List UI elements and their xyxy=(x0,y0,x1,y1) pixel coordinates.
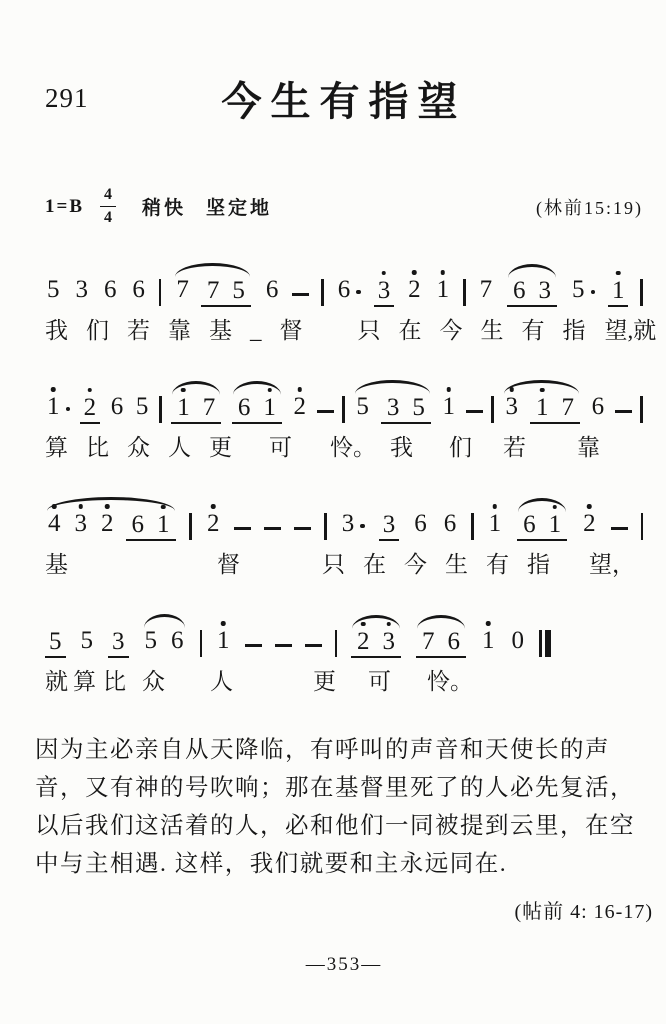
note-digit: 2 xyxy=(581,510,598,541)
note: 3 xyxy=(374,277,395,308)
note: 2 xyxy=(205,510,222,541)
lyric-syllable: _ xyxy=(250,318,262,344)
barline xyxy=(640,279,643,307)
note-digit: 6 xyxy=(169,627,186,658)
octave-dot xyxy=(493,504,498,509)
octave-dot xyxy=(447,387,452,392)
octave-dot xyxy=(211,504,216,509)
note-digit: 1 xyxy=(534,394,551,423)
note-digit: 6 xyxy=(236,394,253,423)
octave-dot xyxy=(79,504,84,509)
lyric-syllable: 算 xyxy=(45,429,68,462)
lyric-syllable: 今 xyxy=(440,312,463,345)
octave-dot xyxy=(297,387,302,392)
note: 7 xyxy=(478,276,495,307)
note: 6 xyxy=(590,393,607,424)
note: 5 xyxy=(570,276,596,307)
barline xyxy=(463,279,466,307)
dash-note xyxy=(292,293,309,307)
note-digit: 5 xyxy=(230,277,247,306)
lyrics-row: 基督只在今生有指望， xyxy=(45,546,643,576)
note-digit: 6 xyxy=(336,276,353,307)
note: 0 xyxy=(510,627,527,658)
barline-mark xyxy=(159,279,162,306)
note-digit: 3 xyxy=(379,511,400,542)
note: 6 xyxy=(521,511,538,540)
lyric-syllable: 就 xyxy=(45,663,68,696)
note-digit: 2 xyxy=(205,510,222,541)
octave-dot xyxy=(387,622,392,627)
title-bar: 291 今生有指望 xyxy=(45,70,643,127)
note-digit: 7 xyxy=(174,276,191,307)
note-digit: 7 xyxy=(420,628,437,657)
final-thick-bar xyxy=(545,630,551,657)
note: 5 xyxy=(79,627,96,658)
dash-mark xyxy=(317,410,334,413)
note: 7 xyxy=(174,276,191,307)
octave-dot xyxy=(221,621,226,626)
dash-mark xyxy=(245,644,262,647)
note-digit: 3 xyxy=(340,510,357,541)
lyric-syllable: 生 xyxy=(445,546,468,579)
scripture-line: 以后我们这活着的人，必和他们一同被提到云里，在空 xyxy=(35,807,643,845)
note-digit: 3 xyxy=(503,393,520,424)
beam-group: 63 xyxy=(507,277,557,308)
scripture-reference-top: (林前15:19) xyxy=(536,194,643,220)
note: 1 xyxy=(435,276,452,307)
time-numerator: 4 xyxy=(100,187,116,207)
barline xyxy=(159,279,162,307)
octave-dot xyxy=(105,504,110,509)
note-digit: 6 xyxy=(521,511,538,540)
octave-dot xyxy=(616,271,621,276)
slur-arc-group: 17 xyxy=(170,394,222,425)
scripture-line: 音，又有神的号吹响；那在基督里死了的人必先复活， xyxy=(35,769,643,807)
page-title: 今生有指望 xyxy=(155,70,533,127)
note-digit: 6 xyxy=(264,276,281,307)
note: 6 xyxy=(236,394,253,423)
note: 3 xyxy=(503,393,520,424)
note-digit: 1 xyxy=(45,393,62,424)
notation-row: 43261233661612 xyxy=(45,488,643,541)
note-digit: 5 xyxy=(79,627,96,658)
note: 1 xyxy=(215,627,232,658)
note: 6 xyxy=(109,393,126,424)
note: 5 xyxy=(45,276,62,307)
note: 6 xyxy=(169,627,186,658)
duration-dot xyxy=(66,407,71,412)
lyric-syllable: 望,就 xyxy=(605,312,657,345)
barline xyxy=(159,396,162,424)
note-digit: 3 xyxy=(385,394,402,423)
note: 1 xyxy=(487,510,504,541)
note-digit: 3 xyxy=(108,628,129,659)
expression-marking: 坚定地 xyxy=(206,193,272,220)
key-signature: 1=B xyxy=(45,196,84,218)
barline xyxy=(335,630,338,658)
note-digit: 6 xyxy=(446,628,463,657)
note-digit: 5 xyxy=(45,628,66,659)
barline-mark xyxy=(324,513,327,540)
note-digit: 6 xyxy=(412,510,429,541)
lyric-syllable: 指 xyxy=(563,312,586,345)
barline xyxy=(640,396,643,424)
note: 1 xyxy=(480,627,497,658)
note-digit: 1 xyxy=(435,276,452,307)
note: 2 xyxy=(99,510,116,541)
octave-dot xyxy=(486,621,491,626)
note: 2 xyxy=(355,628,372,657)
note: 5 xyxy=(230,277,247,306)
note-digit: 2 xyxy=(355,628,372,657)
barline-mark xyxy=(321,279,324,306)
note: 1 xyxy=(45,393,71,424)
octave-dot xyxy=(509,387,514,392)
scripture-paragraph: 因为主必亲自从天降临，有呼叫的声音和天使长的声音，又有神的号吹响；那在基督里死了… xyxy=(35,731,643,883)
barline xyxy=(324,513,327,541)
lyric-syllable: 只 xyxy=(358,312,381,345)
note-digit: 3 xyxy=(73,276,90,307)
music-system-4: 553561237610就算比众人更可怜。 xyxy=(45,605,643,693)
dash-mark xyxy=(264,527,281,530)
note-digit: 4 xyxy=(46,510,63,541)
dash-note xyxy=(264,527,281,541)
note-digit: 7 xyxy=(559,394,576,423)
note-digit: 5 xyxy=(45,276,62,307)
octave-dot xyxy=(587,504,592,509)
note-digit: 6 xyxy=(130,511,147,540)
hymnal-page: 291 今生有指望 1=B 4 4 稍快 坚定地 (林前15:19) 53667… xyxy=(0,0,666,1024)
barline-mark xyxy=(159,396,162,423)
note: 6 xyxy=(511,277,528,306)
music-score: 53667756632176351我们若靠基_督只在今生有指望,就1265176… xyxy=(45,254,643,693)
lyric-syllable: 们 xyxy=(86,312,109,345)
note-digit: 5 xyxy=(134,393,151,424)
barline xyxy=(342,396,345,424)
barline xyxy=(189,513,192,541)
note-digit: 2 xyxy=(99,510,116,541)
note: 2 xyxy=(406,276,423,307)
dash-mark xyxy=(234,527,251,530)
beam-group: 17 xyxy=(171,394,221,425)
lyric-syllable: 们 xyxy=(449,429,472,462)
note-digit: 6 xyxy=(130,276,147,307)
notation-row: 12651761253513176 xyxy=(45,371,643,424)
lyric-syllable: 比 xyxy=(103,663,126,696)
note: 4 xyxy=(46,510,63,541)
lyric-syllable: 督 xyxy=(217,546,240,579)
octave-dot xyxy=(361,622,366,627)
dash-note xyxy=(234,527,251,541)
note-digit: 3 xyxy=(374,277,395,308)
octave-dot xyxy=(88,388,93,393)
lyrics-row: 我们若靠基_督只在今生有指望,就 xyxy=(45,312,643,342)
note-digit: 5 xyxy=(354,393,371,424)
note: 5 xyxy=(354,393,371,424)
note: 3 xyxy=(73,276,90,307)
lyric-syllable: 可 xyxy=(368,663,391,696)
note-digit: 0 xyxy=(510,627,527,658)
octave-dot xyxy=(52,504,57,509)
lyric-syllable: 我 xyxy=(390,429,413,462)
lyric-syllable: 基 xyxy=(45,546,68,579)
lyric-syllable: 在 xyxy=(399,312,422,345)
octave-dot xyxy=(382,271,387,276)
lyric-syllable: 更 xyxy=(209,429,232,462)
barline xyxy=(471,513,474,541)
note: 6 xyxy=(412,510,429,541)
note: 1 xyxy=(441,393,458,424)
note-digit: 3 xyxy=(381,628,398,657)
dash-mark xyxy=(292,293,309,296)
barline-mark xyxy=(471,513,474,540)
note: 3 xyxy=(340,510,366,541)
note: 7 xyxy=(205,277,222,306)
lyric-syllable: 有 xyxy=(486,546,509,579)
lyric-syllable: 众 xyxy=(127,429,150,462)
lyrics-row: 算比众人更可怜。我们若靠 xyxy=(45,429,643,459)
dash-note xyxy=(294,527,311,541)
barline-mark xyxy=(200,630,203,657)
note: 2 xyxy=(80,394,101,425)
note-digit: 6 xyxy=(102,276,119,307)
lyric-syllable: 若 xyxy=(127,312,150,345)
octave-dot xyxy=(412,270,417,275)
note: 5 xyxy=(45,628,66,659)
octave-dot xyxy=(51,387,56,392)
octave-dot xyxy=(181,388,186,393)
octave-dot xyxy=(553,505,558,510)
scripture-line: 中与主相遇. 这样，我们就要和主永远同在. xyxy=(35,845,643,883)
note: 3 xyxy=(108,628,129,659)
lyric-syllable: 指 xyxy=(527,546,550,579)
note-digit: 7 xyxy=(478,276,495,307)
octave-dot xyxy=(441,270,446,275)
slur-arc-group: 61 xyxy=(516,511,568,542)
lyric-syllable: 靠 xyxy=(168,312,191,345)
note: 6 xyxy=(264,276,281,307)
dash-mark xyxy=(294,527,311,530)
note: 3 xyxy=(73,510,90,541)
beam-group: 35 xyxy=(381,394,431,425)
dash-note xyxy=(275,644,292,658)
note-digit: 2 xyxy=(80,394,101,425)
octave-dot xyxy=(267,388,272,393)
tempo-marking: 稍快 xyxy=(142,193,186,220)
note: 3 xyxy=(379,511,400,542)
note-digit: 1 xyxy=(261,394,278,423)
dash-mark xyxy=(305,644,322,647)
note: 3 xyxy=(537,277,554,306)
dash-mark xyxy=(611,527,628,530)
slur-arc-group: 535 xyxy=(353,393,432,424)
barline xyxy=(321,279,324,307)
time-signature: 4 4 xyxy=(100,187,116,226)
note-digit: 6 xyxy=(590,393,607,424)
note: 2 xyxy=(291,393,308,424)
beam-group: 23 xyxy=(351,628,401,659)
beam-group: 61 xyxy=(126,511,176,542)
music-system-2: 12651761253513176算比众人更可怜。我们若靠 xyxy=(45,371,643,459)
lyric-syllable: 在 xyxy=(363,546,386,579)
note-digit: 3 xyxy=(537,277,554,306)
lyric-syllable: 若 xyxy=(503,429,526,462)
page-number: —353— xyxy=(45,954,643,976)
barline-mark xyxy=(640,396,643,423)
note-digit: 5 xyxy=(143,627,160,658)
note: 5 xyxy=(134,393,151,424)
lyric-syllable: 怜。 xyxy=(330,429,376,462)
note-digit: 5 xyxy=(410,394,427,423)
note-digit: 7 xyxy=(205,277,222,306)
note: 7 xyxy=(559,394,576,423)
note: 5 xyxy=(410,394,427,423)
slur-arc-group: 43261 xyxy=(45,510,177,541)
slur-arc-group: 56 xyxy=(142,627,187,658)
slur-arc-group: 63 xyxy=(506,277,558,308)
slur-arc-group: 76 xyxy=(415,628,467,659)
slur-arc-group: 775 xyxy=(173,276,252,307)
beam-group: 17 xyxy=(530,394,580,425)
note: 3 xyxy=(381,628,398,657)
dash-mark xyxy=(275,644,292,647)
note-digit: 7 xyxy=(201,394,218,423)
beam-group: 61 xyxy=(517,511,567,542)
octave-dot xyxy=(161,505,166,510)
lyric-syllable: 望， xyxy=(589,546,635,579)
dash-mark xyxy=(615,410,632,413)
note-digit: 5 xyxy=(570,276,587,307)
note-digit: 1 xyxy=(608,277,629,308)
octave-dot xyxy=(540,388,545,393)
dash-note xyxy=(611,527,628,541)
note: 7 xyxy=(420,628,437,657)
note: 1 xyxy=(155,511,172,540)
duration-dot xyxy=(356,290,361,295)
note-digit: 1 xyxy=(487,510,504,541)
lyric-syllable: 只 xyxy=(322,546,345,579)
lyric-syllable: 人 xyxy=(168,429,191,462)
lyric-syllable: 人 xyxy=(210,663,233,696)
hymn-number: 291 xyxy=(45,83,155,114)
lyric-syllable: 算 xyxy=(73,663,96,696)
dash-mark xyxy=(466,410,483,413)
slur-arc-group: 23 xyxy=(350,628,402,659)
barline-mark xyxy=(189,513,192,540)
lyric-syllable: 比 xyxy=(86,429,109,462)
music-system-1: 53667756632176351我们若靠基_督只在今生有指望,就 xyxy=(45,254,643,342)
final-barline xyxy=(539,630,551,658)
note-digit: 2 xyxy=(291,393,308,424)
lyric-syllable: 靠 xyxy=(577,429,600,462)
note-digit: 3 xyxy=(73,510,90,541)
duration-dot xyxy=(591,290,596,295)
note: 1 xyxy=(261,394,278,423)
slur-arc-group: 61 xyxy=(231,394,283,425)
dash-note xyxy=(317,410,334,424)
meta-row: 1=B 4 4 稍快 坚定地 (林前15:19) xyxy=(45,187,643,226)
dash-note xyxy=(615,410,632,424)
note: 1 xyxy=(608,277,629,308)
note-digit: 1 xyxy=(215,627,232,658)
note-digit: 6 xyxy=(511,277,528,306)
note: 1 xyxy=(534,394,551,423)
note: 5 xyxy=(143,627,160,658)
scripture-line: 因为主必亲自从天降临，有呼叫的声音和天使长的声 xyxy=(35,731,643,769)
barline xyxy=(491,396,494,424)
note: 3 xyxy=(385,394,402,423)
note: 1 xyxy=(175,394,192,423)
note: 6 xyxy=(446,628,463,657)
note-digit: 1 xyxy=(441,393,458,424)
note: 2 xyxy=(581,510,598,541)
dash-note xyxy=(245,644,262,658)
note: 6 xyxy=(336,276,362,307)
barline xyxy=(200,630,203,658)
lyric-syllable: 可 xyxy=(269,429,292,462)
lyrics-row: 就算比众人更可怜。 xyxy=(45,663,643,693)
time-denominator: 4 xyxy=(104,207,112,226)
barline-mark xyxy=(335,630,338,657)
note-digit: 1 xyxy=(480,627,497,658)
notation-row: 553561237610 xyxy=(45,605,643,658)
music-system-3: 43261233661612基督只在今生有指望， xyxy=(45,488,643,576)
note-digit: 6 xyxy=(109,393,126,424)
note: 7 xyxy=(201,394,218,423)
beam-group: 61 xyxy=(232,394,282,425)
lyric-syllable: 有 xyxy=(522,312,545,345)
lyric-syllable: 众 xyxy=(142,663,165,696)
barline-mark xyxy=(463,279,466,306)
barline-mark xyxy=(342,396,345,423)
lyric-syllable: 更 xyxy=(313,663,336,696)
notation-row: 53667756632176351 xyxy=(45,254,643,307)
lyric-syllable: 督 xyxy=(280,312,303,345)
note: 6 xyxy=(130,511,147,540)
final-thin-bar xyxy=(539,630,542,657)
lyric-syllable: 怜。 xyxy=(427,663,473,696)
lyric-syllable: 基 xyxy=(209,312,232,345)
beam-group: 76 xyxy=(416,628,466,659)
barline xyxy=(641,513,644,541)
dash-note xyxy=(305,644,322,658)
note-digit: 2 xyxy=(406,276,423,307)
note: 1 xyxy=(547,511,564,540)
slur-arc-group: 317 xyxy=(502,393,581,424)
barline-mark xyxy=(641,513,644,540)
barline-mark xyxy=(640,279,643,306)
note: 6 xyxy=(130,276,147,307)
lyric-syllable: 今 xyxy=(404,546,427,579)
lyric-syllable: 生 xyxy=(481,312,504,345)
lyric-syllable: 我 xyxy=(45,312,68,345)
note-digit: 6 xyxy=(442,510,459,541)
note-digit: 1 xyxy=(547,511,564,540)
scripture-reference-bottom: (帖前 4: 16-17) xyxy=(45,895,653,924)
note-digit: 1 xyxy=(175,394,192,423)
barline-mark xyxy=(491,396,494,423)
note: 6 xyxy=(102,276,119,307)
note: 6 xyxy=(442,510,459,541)
beam-group: 75 xyxy=(201,277,251,308)
dash-note xyxy=(466,410,483,424)
note-digit: 1 xyxy=(155,511,172,540)
duration-dot xyxy=(360,524,365,529)
